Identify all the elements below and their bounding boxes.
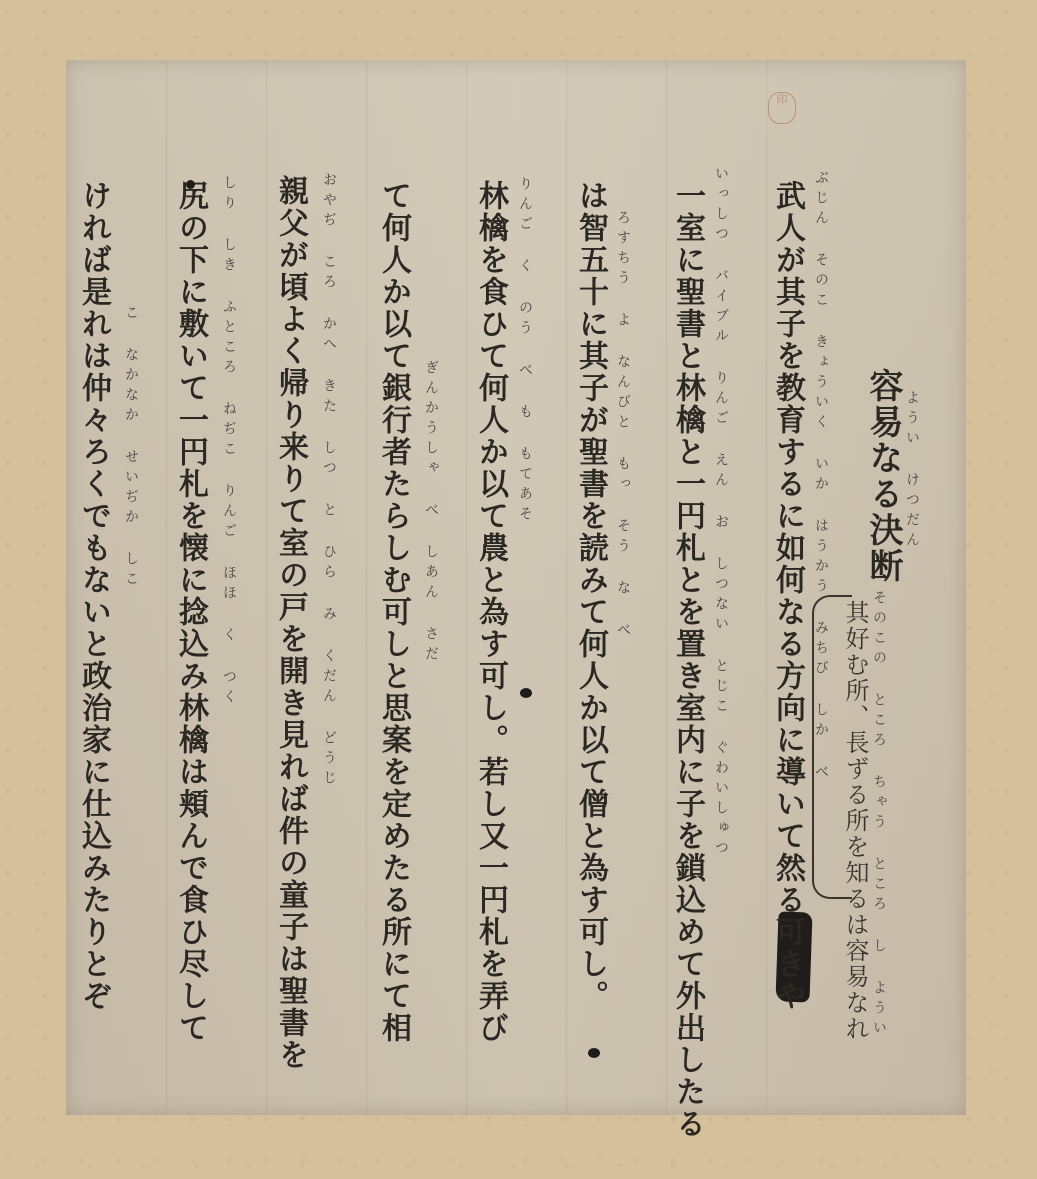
ink-dot bbox=[520, 688, 532, 698]
document-title: 容易なる決断 bbox=[866, 368, 900, 584]
fold-line bbox=[566, 60, 567, 1115]
ink-dot bbox=[588, 1048, 600, 1058]
fold-line bbox=[766, 60, 767, 1115]
text-column-4: 林檎を食ひて何人か以て農と為す可し。若し又一円札を弄び bbox=[475, 180, 505, 1044]
ruby-column-5: ぎんかうしゃ べ しあん さだ bbox=[424, 360, 438, 666]
text-column-7: 尻の下に敷いて一円札を懐に捻込み林檎は頬んで食ひ尽して bbox=[175, 180, 205, 1044]
ruby-column-4: りんご く のう べ も もてあそ bbox=[518, 176, 532, 526]
ruby-column-1: ぶじん そのこ きょういく いか はうかう みちび しか べ bbox=[814, 170, 828, 784]
side-annotation: 其好む所、長ずる所を知るは容易なれ bbox=[843, 600, 867, 1042]
side-annotation-ruby: そのこの ところ ちゃう ところ し ようい bbox=[872, 590, 886, 1040]
text-column-1: 武人が其子を教育するに如何なる方向に導いて然る可きや bbox=[772, 180, 802, 1012]
text-column-2: 一室に聖書と林檎と一円札とを置き室内に子を鎖込めて外出したる bbox=[672, 180, 702, 1140]
fold-line bbox=[166, 60, 167, 1115]
fold-line bbox=[666, 60, 667, 1115]
fold-line bbox=[366, 60, 367, 1115]
ruby-column-8: こ なかなか せいぢか しこ bbox=[124, 305, 138, 591]
ink-dot bbox=[186, 180, 195, 189]
fold-line bbox=[266, 60, 267, 1115]
ruby-column-3: ろすちう よ なんびと もっ そう な べ bbox=[616, 210, 630, 642]
text-column-8: ければ是れは仲々ろくでもないと政治家に仕込みたりとぞ bbox=[78, 180, 108, 1012]
red-seal-stamp: 印 bbox=[768, 92, 796, 124]
text-column-6: 親父が頃よく帰り来りて室の戸を開き見れば件の童子は聖書を bbox=[275, 175, 305, 1071]
ruby-column-2: いっしつ バイブル りんご えん お しつない とじこ ぐわいしゅつ bbox=[714, 166, 728, 860]
fold-line bbox=[466, 60, 467, 1115]
text-column-3: は智五十に其子が聖書を読みて何人か以て僧と為す可し。 bbox=[575, 180, 605, 1012]
text-column-5: て何人か以て銀行者たらしむ可しと思案を定めたる所にて相 bbox=[378, 180, 408, 1044]
ruby-column-6: おやぢ ころ かへ きた しつ と ひら み くだん どうじ bbox=[322, 172, 336, 790]
ruby-column-7: しり しき ふところ ねぢこ りんご ほほ く つく bbox=[222, 175, 236, 709]
title-ruby: ようい けつだん bbox=[905, 390, 919, 552]
